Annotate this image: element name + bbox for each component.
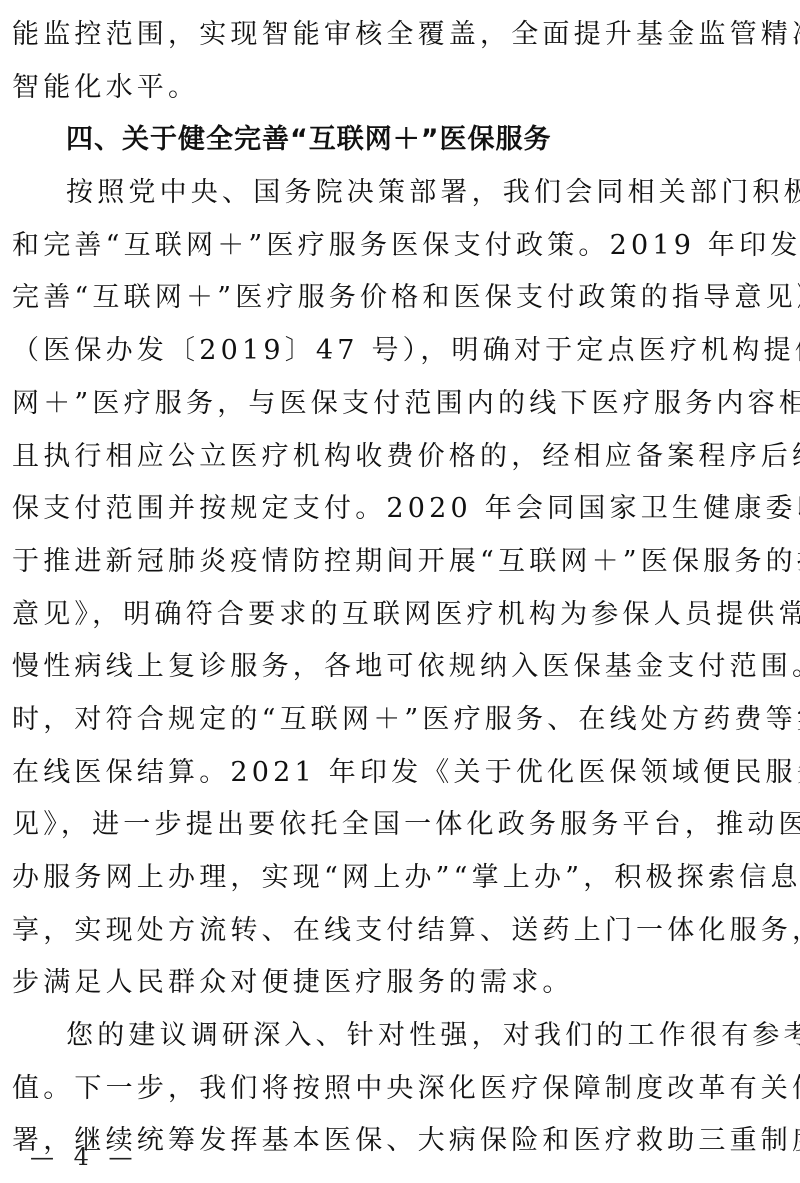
text-line: 完善“互联网＋”医疗服务价格和医保支付政策的指导意见》 bbox=[12, 275, 792, 328]
text-line: 见》，进一步提出要依托全国一体化政务服务平台，推动医保经 bbox=[12, 802, 792, 855]
section-heading: 四、关于健全完善“互联网＋”医保服务 bbox=[12, 117, 792, 170]
text-line: 办服务网上办理，实现“网上办”“掌上办”，积极探索信息共 bbox=[12, 855, 792, 908]
text-line: 和完善“互联网＋”医疗服务医保支付政策。2019 年印发《关于 bbox=[12, 223, 792, 276]
paragraph-start: 您的建议调研深入、针对性强，对我们的工作很有参考价 bbox=[12, 1013, 792, 1066]
text-line: 步满足人民群众对便捷医疗服务的需求。 bbox=[12, 960, 792, 1013]
text-line: 且执行相应公立医疗机构收费价格的，经相应备案程序后纳入医 bbox=[12, 434, 792, 487]
text-line: 时，对符合规定的“互联网＋”医疗服务、在线处方药费等实现 bbox=[12, 697, 792, 750]
text-line: （医保办发〔2019〕47 号），明确对于定点医疗机构提供的“互联 bbox=[12, 328, 792, 381]
text-line: 智能化水平。 bbox=[12, 65, 792, 118]
text-line: 能监控范围，实现智能审核全覆盖，全面提升基金监管精准化、 bbox=[12, 12, 792, 65]
paragraph-start: 按照党中央、国务院决策部署，我们会同相关部门积极制定 bbox=[12, 170, 792, 223]
text-line: 网＋”医疗服务，与医保支付范围内的线下医疗服务内容相同， bbox=[12, 381, 792, 434]
text-line: 于推进新冠肺炎疫情防控期间开展“互联网＋”医保服务的指导 bbox=[12, 539, 792, 592]
page-number: — 4 — bbox=[30, 1143, 139, 1171]
text-line: 在线医保结算。2021 年印发《关于优化医保领域便民服务的意 bbox=[12, 750, 792, 803]
text-line: 慢性病线上复诊服务，各地可依规纳入医保基金支付范围。同 bbox=[12, 644, 792, 697]
text-line: 保支付范围并按规定支付。2020 年会同国家卫生健康委印发《关 bbox=[12, 486, 792, 539]
text-line: 享，实现处方流转、在线支付结算、送药上门一体化服务，进一 bbox=[12, 908, 792, 961]
text-line: 意见》，明确符合要求的互联网医疗机构为参保人员提供常见病、 bbox=[12, 592, 792, 645]
document-page: 能监控范围，实现智能审核全覆盖，全面提升基金监管精准化、 智能化水平。 四、关于… bbox=[12, 12, 792, 1171]
text-line: 值。下一步，我们将按照中央深化医疗保障制度改革有关任务部 bbox=[12, 1066, 792, 1119]
